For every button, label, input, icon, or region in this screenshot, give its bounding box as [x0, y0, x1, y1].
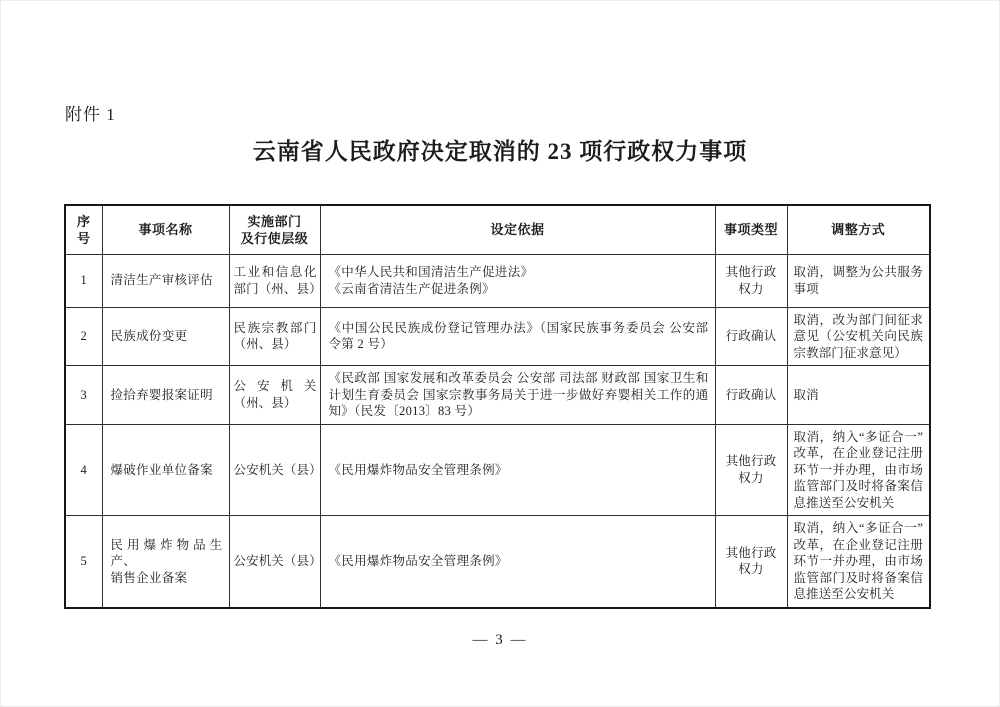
cell-department: 工业和信息化部门（州、县） — [229, 254, 320, 307]
cell-item-type: 其他行政 权力 — [715, 424, 787, 516]
cell-serial-number: 3 — [65, 366, 102, 425]
document-page: 附件 1 云南省人民政府决定取消的 23 项行政权力事项 序 号 事项名称 实施… — [0, 0, 1000, 707]
cell-serial-number: 4 — [65, 424, 102, 516]
cell-legal-basis: 《中国公民民族成份登记管理办法》（国家民族事务委员会 公安部令第 2 号） — [320, 307, 715, 366]
cell-adjustment-mode: 取消，调整为公共服务事项 — [787, 254, 930, 307]
cell-department: 民族宗教部门（州、县） — [229, 307, 320, 366]
cell-item-type: 其他行政 权力 — [715, 516, 787, 608]
cell-item-name: 清洁生产审核评估 — [102, 254, 229, 307]
cell-legal-basis: 《民用爆炸物品安全管理条例》 — [320, 424, 715, 516]
cell-department: 公安机关（县） — [229, 424, 320, 516]
admin-items-table: 序 号 事项名称 实施部门 及行使层级 设定依据 事项类型 调整方式 1 清洁生… — [64, 204, 931, 609]
cell-serial-number: 1 — [65, 254, 102, 307]
cell-adjustment-mode: 取消，纳入“多证合一”改革，在企业登记注册环节一并办理，由市场监管部门及时将备案… — [787, 424, 930, 516]
cell-item-name: 爆破作业单位备案 — [102, 424, 229, 516]
header-cell-basis: 设定依据 — [320, 205, 715, 254]
cell-item-type: 其他行政 权力 — [715, 254, 787, 307]
cell-legal-basis: 《中华人民共和国清洁生产促进法》 《云南省清洁生产促进条例》 — [320, 254, 715, 307]
cell-serial-number: 2 — [65, 307, 102, 366]
table-row: 5 民用爆炸物品生产、 销售企业备案 公安机关（县） 《民用爆炸物品安全管理条例… — [65, 516, 930, 608]
cell-legal-basis: 《民用爆炸物品安全管理条例》 — [320, 516, 715, 608]
attachment-label: 附件 1 — [65, 100, 116, 125]
cell-adjustment-mode: 取消 — [787, 366, 930, 425]
table-row: 1 清洁生产审核评估 工业和信息化部门（州、县） 《中华人民共和国清洁生产促进法… — [65, 254, 930, 307]
cell-legal-basis: 《民政部 国家发展和改革委员会 公安部 司法部 财政部 国家卫生和计划生育委员会… — [320, 366, 715, 425]
page-number: — 3 — — [1, 632, 999, 649]
document-title: 云南省人民政府决定取消的 23 项行政权力事项 — [1, 133, 999, 166]
cell-serial-number: 5 — [65, 516, 102, 608]
header-cell-name: 事项名称 — [102, 205, 229, 254]
table-row: 4 爆破作业单位备案 公安机关（县） 《民用爆炸物品安全管理条例》 其他行政 权… — [65, 424, 930, 516]
cell-department: 公安机关（县） — [229, 516, 320, 608]
header-cell-no: 序 号 — [65, 205, 102, 254]
table-row: 3 捡拾弃婴报案证明 公安机关（州、县） 《民政部 国家发展和改革委员会 公安部… — [65, 366, 930, 425]
cell-item-name: 民族成份变更 — [102, 307, 229, 366]
cell-department: 公安机关（州、县） — [229, 366, 320, 425]
header-cell-type: 事项类型 — [715, 205, 787, 254]
header-cell-adjust: 调整方式 — [787, 205, 930, 254]
cell-item-type: 行政确认 — [715, 366, 787, 425]
cell-item-type: 行政确认 — [715, 307, 787, 366]
cell-adjustment-mode: 取消，改为部门间征求意见（公安机关向民族宗教部门征求意见） — [787, 307, 930, 366]
cell-item-name: 民用爆炸物品生产、 销售企业备案 — [102, 516, 229, 608]
header-cell-dept: 实施部门 及行使层级 — [229, 205, 320, 254]
table-header-row: 序 号 事项名称 实施部门 及行使层级 设定依据 事项类型 调整方式 — [65, 205, 930, 254]
cell-adjustment-mode: 取消，纳入“多证合一”改革，在企业登记注册环节一并办理，由市场监管部门及时将备案… — [787, 516, 930, 608]
cell-item-name: 捡拾弃婴报案证明 — [102, 366, 229, 425]
table-row: 2 民族成份变更 民族宗教部门（州、县） 《中国公民民族成份登记管理办法》（国家… — [65, 307, 930, 366]
